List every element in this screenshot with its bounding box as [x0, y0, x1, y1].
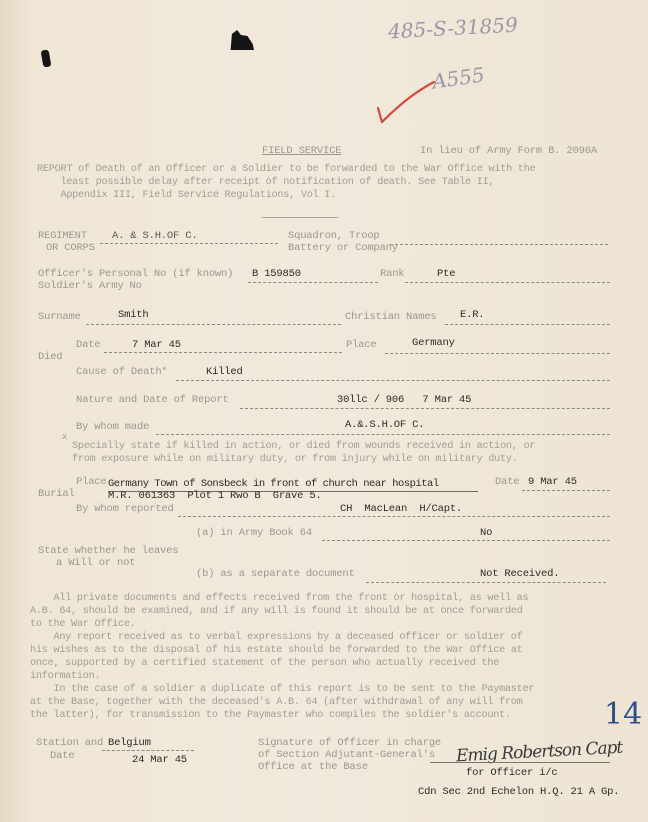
footnote-line-2: from exposure while on military duty, or… — [72, 453, 518, 466]
file-code-annotation: A555 — [431, 62, 486, 93]
christian-names-value: E.R. — [460, 309, 484, 321]
punch-hole-center — [228, 30, 254, 50]
battery-label: Battery or Company — [288, 242, 398, 254]
instruction-line-7: information. — [30, 670, 100, 683]
instruction-line-9: at the Base, together with the deceased'… — [30, 696, 523, 709]
date-value: 24 Mar 45 — [132, 754, 187, 766]
regiment-label: REGIMENT — [38, 230, 87, 242]
by-whom-reported-value: CH MacLean H/Capt. — [340, 503, 462, 515]
personal-no-value: B 159850 — [252, 268, 301, 280]
signature-label-1: Signature of Officer in charge — [258, 737, 441, 749]
regiment-value: A. & S.H.OF C. — [112, 230, 197, 242]
died-label: Died — [38, 351, 62, 363]
burial-place-value-line-1: Germany Town of Sonsbeck in front of chu… — [108, 478, 439, 490]
cause-of-death-label: Cause of Death* — [76, 366, 168, 378]
place-died-label: Place — [346, 339, 377, 351]
file-number-annotation: 485-S-31859 — [387, 13, 518, 44]
rank-label: Rank — [380, 268, 404, 280]
intro-line-2: least possible delay after receipt of no… — [37, 176, 494, 189]
will-label-1: State whether he leaves — [38, 545, 178, 557]
rank-value: Pte — [437, 268, 455, 280]
corps-label: OR CORPS — [46, 242, 95, 254]
christian-names-label: Christian Names — [345, 311, 437, 323]
army-no-label: Soldier's Army No — [38, 280, 142, 292]
document-page: 485-S-31859 A555 FIELD SERVICE In lieu o… — [0, 0, 648, 822]
red-check-mark-icon — [374, 78, 438, 128]
burial-date-value: 9 Mar 45 — [528, 476, 577, 488]
punch-hole-left — [41, 49, 52, 67]
by-whom-made-value: A.&.S.H.OF C. — [345, 419, 424, 431]
instruction-line-10: the latter), for transmission to the Pay… — [30, 709, 511, 722]
squadron-label: Squadron, Troop — [288, 230, 380, 242]
nature-date-report-value: 30llc / 906 7 Mar 45 — [337, 394, 471, 406]
for-officer-text: for Officer i/c — [466, 767, 558, 779]
station-label: Station and — [36, 737, 103, 749]
burial-place-value-line-2: M.R. 061363 Plot 1 Rwo B Grave 5. — [108, 490, 322, 502]
will-label-2: a Will or not — [56, 557, 135, 569]
surname-label: Surname — [38, 311, 81, 323]
station-date-label: Date — [50, 750, 74, 762]
form-title: FIELD SERVICE — [262, 145, 341, 157]
by-whom-made-label: By whom made — [76, 421, 149, 433]
instruction-line-4: Any report received as to verbal express… — [30, 631, 523, 644]
instruction-line-8: In the case of a soldier a duplicate of … — [30, 683, 534, 696]
form-reference: In lieu of Army Form B. 2090A — [420, 145, 597, 157]
signature-label-2: of Section Adjutant-General's — [258, 749, 435, 761]
instruction-line-1: All private documents and effects receiv… — [30, 592, 528, 605]
unit-text: Cdn Sec 2nd Echelon H.Q. 21 A Gp. — [418, 786, 619, 798]
instruction-line-3: to the War Office. — [30, 618, 136, 631]
station-value: Belgium — [108, 737, 151, 749]
date-died-label: Date — [76, 339, 100, 351]
page-mark-annotation: 14 — [604, 697, 642, 732]
cause-of-death-value: Killed — [206, 366, 243, 378]
intro-line-3: Appendix III, Field Service Regulations,… — [37, 189, 336, 202]
will-army-book-label: (a) in Army Book 64 — [196, 527, 312, 539]
squadron-field — [390, 244, 608, 245]
will-army-book-value: No — [480, 527, 492, 539]
place-died-value: Germany — [412, 337, 455, 349]
will-separate-label: (b) as a separate document — [196, 568, 355, 580]
will-separate-value: Not Received. — [480, 568, 559, 580]
by-whom-reported-label: By whom reported — [76, 503, 174, 515]
burial-place-label: Place — [76, 476, 107, 488]
instruction-line-5: his wishes as to the disposal of his est… — [30, 644, 523, 657]
intro-line-1: REPORT of Death of an Officer or a Soldi… — [37, 163, 535, 176]
surname-value: Smith — [118, 309, 149, 321]
footnote-mark: x — [62, 432, 67, 442]
date-died-value: 7 Mar 45 — [132, 339, 181, 351]
burial-label: Burial — [38, 488, 75, 500]
nature-date-report-label: Nature and Date of Report — [76, 394, 229, 406]
personal-no-label: Officer's Personal No (if known) — [38, 268, 233, 280]
burial-date-label: Date — [495, 476, 519, 488]
footnote-line-1: Specially state if killed in action, or … — [72, 440, 535, 453]
instruction-line-6: once, supported by a certified statement… — [30, 657, 499, 670]
signature-label-3: Office at the Base — [258, 761, 368, 773]
instruction-line-2: A.B. 64, should be examined, and if any … — [30, 605, 523, 618]
